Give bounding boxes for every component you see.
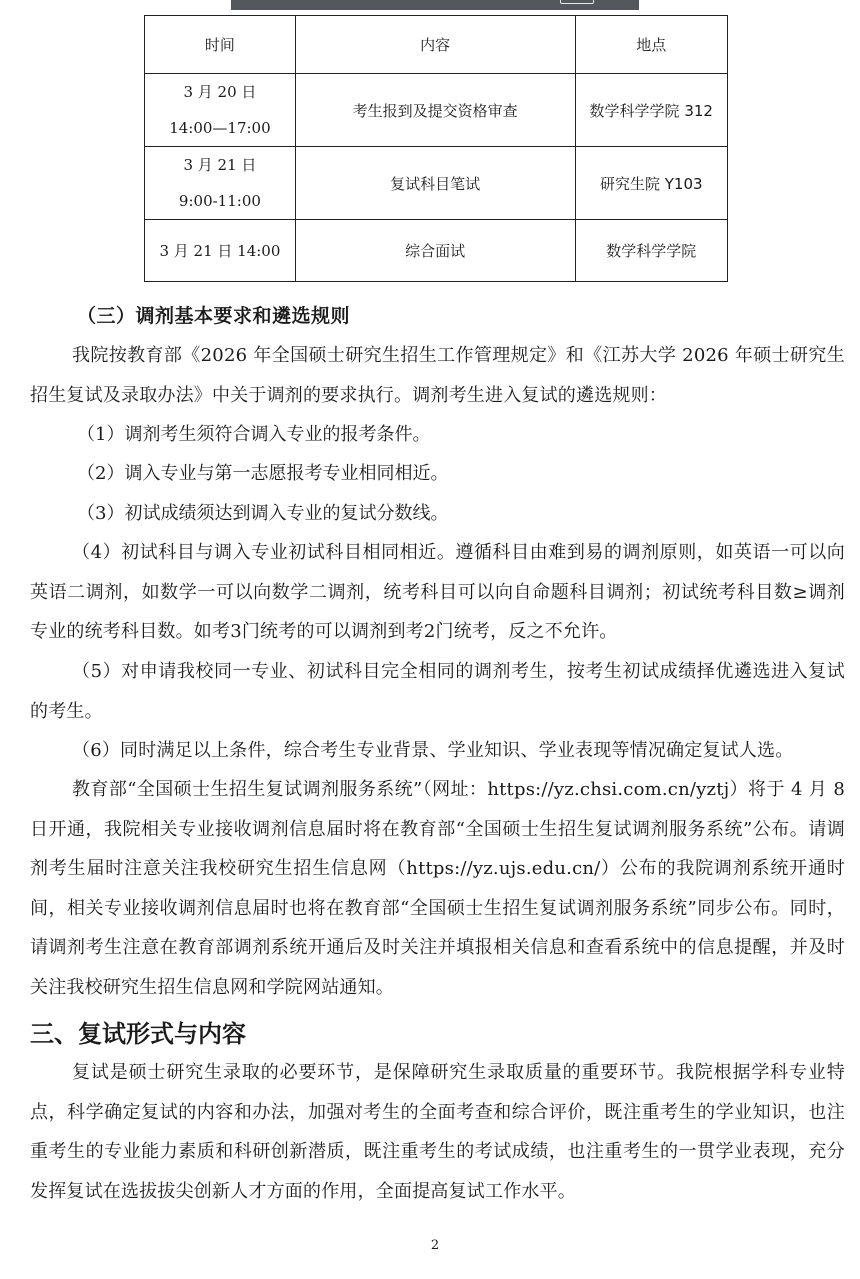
rule-item-6: （6）同时满足以上条件，综合考生专业背景、学业知识、学业表现等情况确定复试人选。 <box>30 731 845 771</box>
adjustment-intro: 我院按教育部《2026 年全国硕士研究生招生工作管理规定》和《江苏大学 2026… <box>30 336 845 415</box>
table-row: 3 月 20 日 14:00—17:00 考生报到及提交资格审查 数学科学学院 … <box>145 74 728 147</box>
cell-content: 考生报到及提交资格审查 <box>295 74 575 147</box>
cell-content: 复试科目笔试 <box>295 147 575 220</box>
header-time: 时间 <box>145 16 296 74</box>
header-place: 地点 <box>575 16 728 74</box>
rule-item-2: （2）调入专业与第一志愿报考专业相同相近。 <box>77 454 448 494</box>
table-header-row: 时间 内容 地点 <box>145 16 728 74</box>
rule-item-4: （4）初试科目与调入专业初试科目相同相近。遵循科目由难到易的调剂原则，如英语一可… <box>30 533 845 652</box>
time-range: 9:00-11:00 <box>149 183 291 219</box>
adjustment-notice: 教育部“全国硕士生招生复试调剂服务系统”（网址：https://yz.chsi.… <box>30 770 845 1008</box>
time-date: 3 月 21 日 <box>149 147 291 183</box>
cell-time: 3 月 20 日 14:00—17:00 <box>145 74 296 147</box>
viewer-toolbar <box>231 0 639 10</box>
cell-time: 3 月 21 日 9:00-11:00 <box>145 147 296 220</box>
cell-place: 研究生院 Y103 <box>575 147 728 220</box>
table-row: 3 月 21 日 9:00-11:00 复试科目笔试 研究生院 Y103 <box>145 147 728 220</box>
cell-time: 3 月 21 日 14:00 <box>145 220 296 282</box>
toolbar-button[interactable] <box>560 0 594 4</box>
schedule-table: 时间 内容 地点 3 月 20 日 14:00—17:00 考生报到及提交资格审… <box>144 15 728 282</box>
interview-format-body: 复试是硕士研究生录取的必要环节，是保障研究生录取质量的重要环节。我院根据学科专业… <box>30 1053 845 1211</box>
rule-item-3: （3）初试成绩须达到调入专业的复试分数线。 <box>77 494 448 534</box>
chapter-heading-interview-format: 三、复试形式与内容 <box>30 1014 246 1049</box>
rule-item-1: （1）调剂考生须符合调入专业的报考条件。 <box>77 415 430 455</box>
time-range: 14:00—17:00 <box>149 110 291 146</box>
page-number: 2 <box>0 1238 860 1253</box>
cell-place: 数学科学学院 <box>575 220 728 282</box>
rule-item-5: （5）对申请我校同一专业、初试科目完全相同的调剂考生，按考生初试成绩择优遴选进入… <box>30 652 845 731</box>
section-heading-adjustment: （三）调剂基本要求和遴选规则 <box>77 301 350 328</box>
cell-content: 综合面试 <box>295 220 575 282</box>
header-content: 内容 <box>295 16 575 74</box>
table-row: 3 月 21 日 14:00 综合面试 数学科学学院 <box>145 220 728 282</box>
time-date: 3 月 20 日 <box>149 74 291 110</box>
cell-place: 数学科学学院 312 <box>575 74 728 147</box>
